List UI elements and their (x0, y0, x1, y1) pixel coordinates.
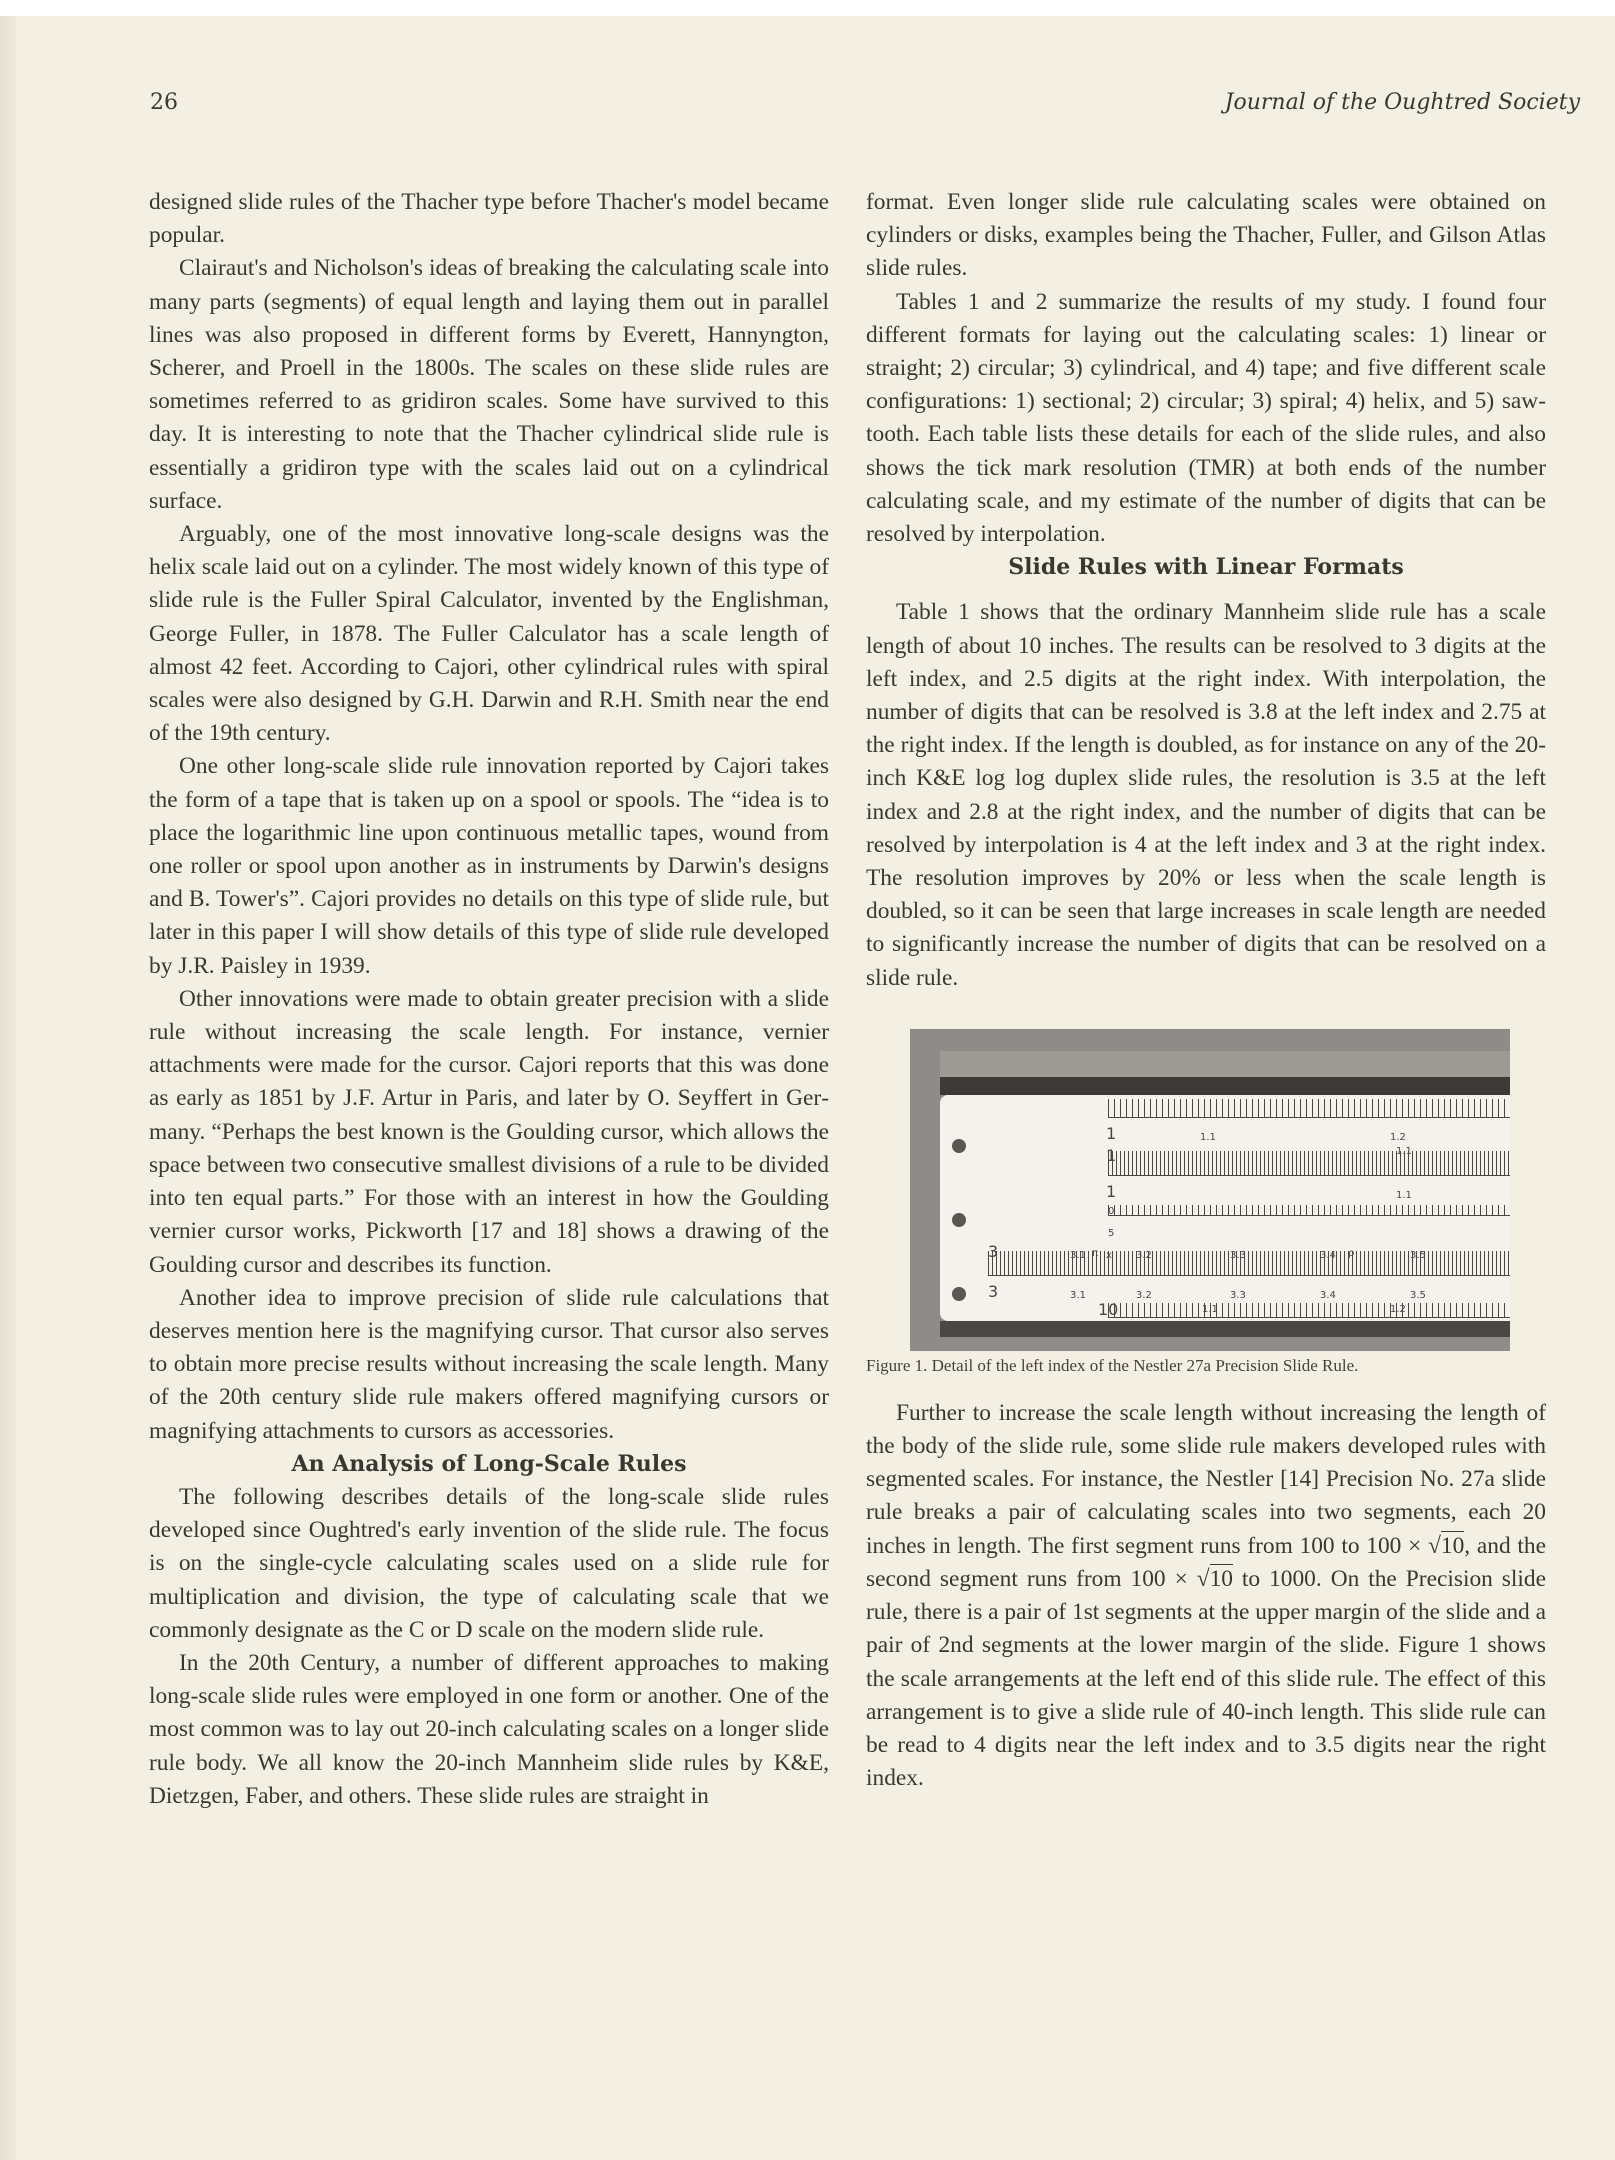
paragraph: Table 1 shows that the ordinary Mannheim… (866, 596, 1546, 994)
paragraph: Other innovations were made to obtain gr… (149, 983, 829, 1282)
text-run: to 1000. On the Precision slide rule, th… (866, 1566, 1546, 1791)
figure-caption: Figure 1. Detail of the left index of th… (866, 1351, 1546, 1381)
rule-lower-groove (940, 1321, 1510, 1337)
page-number: 26 (150, 90, 178, 115)
paragraph: The following describes details of the l… (149, 1481, 829, 1647)
journal-title: Journal of the Oughtred Society (1225, 90, 1580, 115)
running-header: 26 Journal of the Oughtred Society (150, 90, 1580, 130)
screw-icon (952, 1213, 966, 1227)
section-heading: Slide Rules with Linear Formats (866, 551, 1546, 584)
scan-top-margin (0, 0, 1615, 16)
paragraph: format. Even longer slide rule calculati… (866, 186, 1546, 286)
left-column: designed slide rules of the Thacher type… (149, 186, 829, 1813)
right-column: format. Even longer slide rule calculati… (866, 186, 1546, 1795)
scale-label: 3.1 (1070, 1279, 1086, 1312)
paragraph: Another idea to improve precision of sli… (149, 1282, 829, 1448)
section-heading: An Analysis of Long-Scale Rules (149, 1448, 829, 1481)
paragraph: Arguably, one of the most innovative lon… (149, 518, 829, 750)
paragraph: In the 20th Century, a number of differe… (149, 1647, 829, 1813)
sqrt-expression: √10 (1428, 1531, 1464, 1559)
page-binding-edge (0, 16, 16, 2160)
scale-bottom (1108, 1303, 1510, 1318)
rule-upper-stock (940, 1051, 1510, 1077)
sqrt-radicand: 10 (1441, 1531, 1464, 1559)
paragraph: One other long-scale slide rule innovati… (149, 750, 829, 982)
rule-groove (940, 1077, 1510, 1095)
scale-middle (1108, 1151, 1510, 1176)
scale-d (988, 1251, 1510, 1276)
paragraph: designed slide rules of the Thacher type… (149, 186, 829, 252)
paragraph: Further to increase the scale length wit… (866, 1397, 1546, 1795)
scale-label: 1.1 (1200, 1121, 1216, 1154)
scale-label: 3 (988, 1275, 998, 1308)
screw-icon (952, 1139, 966, 1153)
paragraph: Clairaut's and Nicholson's ideas of brea… (149, 252, 829, 518)
rule-slide-body: 1 1.1 1.2 1 1.1 1 1.1 0 5 3 3.1 π x 3.2 … (940, 1095, 1510, 1321)
figure-slide-rule-photo: 1 1.1 1.2 1 1.1 1 1.1 0 5 3 3.1 π x 3.2 … (910, 1029, 1510, 1351)
sqrt-radicand: 10 (1210, 1564, 1233, 1592)
scale-top (1108, 1099, 1510, 1118)
scale-small (1108, 1205, 1510, 1216)
sqrt-expression: √10 (1197, 1564, 1233, 1592)
paragraph: Tables 1 and 2 summarize the results of … (866, 286, 1546, 552)
screw-icon (952, 1287, 966, 1301)
